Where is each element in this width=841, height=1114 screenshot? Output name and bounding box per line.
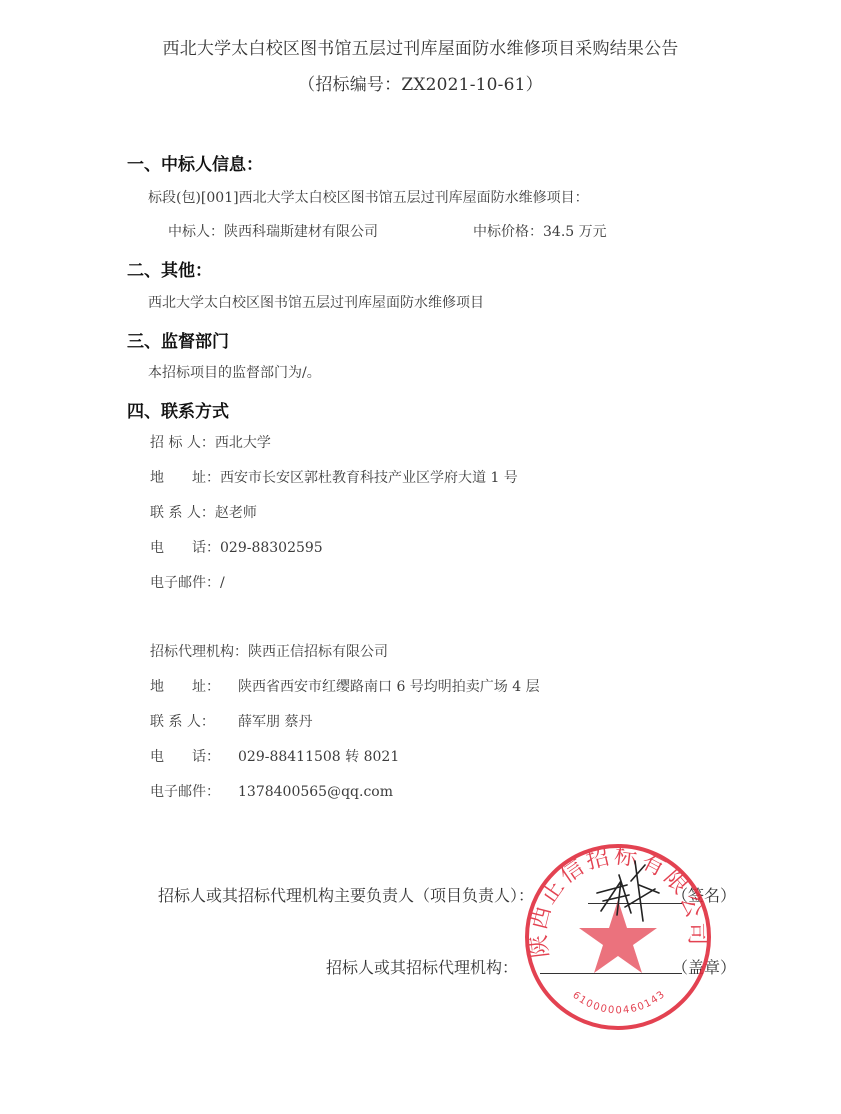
section-heading-other: 二、其他： — [127, 256, 212, 281]
tenderer-email-label: 电子邮件： — [150, 575, 220, 591]
agency-contact-row: 联 系 人：薛军朋 蔡丹 — [150, 711, 312, 731]
agency-row: 招标代理机构：陕西正信招标有限公司 — [150, 641, 388, 661]
svg-text:6100000460143: 6100000460143 — [570, 989, 668, 1017]
tenderer-contact-label: 联 系 人： — [150, 505, 215, 521]
agency-seal-label: 招标人或其招标代理机构： — [326, 955, 518, 978]
agency-address-label: 地 址： — [150, 676, 238, 696]
agency-phone-label: 电 话： — [150, 746, 238, 766]
tenderer-address-row: 地 址：西安市长安区郭杜教育科技产业区学府大道 1 号 — [150, 467, 518, 487]
tenderer-contact-row: 联 系 人：赵老师 — [150, 502, 257, 522]
lot-description: 标段(包)[001]西北大学太白校区图书馆五层过刊库屋面防水维修项目： — [148, 187, 589, 207]
tenderer-value: 西北大学 — [215, 435, 271, 451]
agency-email-label: 电子邮件： — [150, 781, 238, 801]
agency-address-value: 陕西省西安市红缨路南口 6 号均明拍卖广场 4 层 — [238, 679, 540, 695]
tenderer-phone-row: 电 话：029-88302595 — [150, 537, 323, 557]
winner-value: 陕西科瑞斯建材有限公司 — [224, 224, 378, 240]
winner-label: 中标人： — [168, 224, 224, 240]
agency-email-value: 1378400565@qq.com — [238, 784, 393, 800]
agency-phone-row: 电 话：029-88411508 转 8021 — [150, 746, 399, 766]
agency-label: 招标代理机构： — [150, 644, 248, 660]
agency-contact-label: 联 系 人： — [150, 711, 238, 731]
tenderer-row: 招 标 人：西北大学 — [150, 432, 271, 452]
tenderer-contact-value: 赵老师 — [215, 505, 257, 521]
agency-email-row: 电子邮件：1378400565@qq.com — [150, 781, 393, 801]
supervision-text: 本招标项目的监督部门为/。 — [148, 362, 321, 382]
handwritten-signature-icon — [583, 855, 673, 925]
tenderer-email-value: / — [220, 575, 225, 591]
section-heading-contact: 四、联系方式 — [127, 397, 229, 422]
agency-value: 陕西正信招标有限公司 — [248, 644, 388, 660]
price-label: 中标价格： — [473, 224, 543, 240]
price-row: 中标价格：34.5 万元 — [473, 221, 607, 241]
tenderer-email-row: 电子邮件：/ — [150, 572, 225, 592]
tenderer-address-value: 西安市长安区郭杜教育科技产业区学府大道 1 号 — [220, 470, 518, 486]
tenderer-phone-value: 029-88302595 — [220, 540, 323, 556]
agency-phone-value: 029-88411508 转 8021 — [238, 749, 399, 765]
document-title: 西北大学太白校区图书馆五层过刊库屋面防水维修项目采购结果公告 — [0, 34, 841, 59]
section-heading-supervision: 三、监督部门 — [127, 327, 229, 352]
agency-contact-value: 薛军朋 蔡丹 — [238, 714, 312, 730]
tenderer-phone-label: 电 话： — [150, 540, 220, 556]
tenderer-label: 招 标 人： — [150, 435, 215, 451]
price-value: 34.5 万元 — [543, 224, 607, 240]
other-text: 西北大学太白校区图书馆五层过刊库屋面防水维修项目 — [148, 292, 484, 312]
bid-number: （招标编号：ZX2021-10-61） — [0, 70, 841, 95]
winner-row: 中标人：陕西科瑞斯建材有限公司 — [168, 221, 378, 241]
section-heading-winner: 一、中标人信息： — [127, 150, 263, 175]
agency-address-row: 地 址：陕西省西安市红缨路南口 6 号均明拍卖广场 4 层 — [150, 676, 540, 696]
principal-signature-label: 招标人或其招标代理机构主要负责人（项目负责人）： — [158, 883, 534, 906]
tenderer-address-label: 地 址： — [150, 470, 220, 486]
